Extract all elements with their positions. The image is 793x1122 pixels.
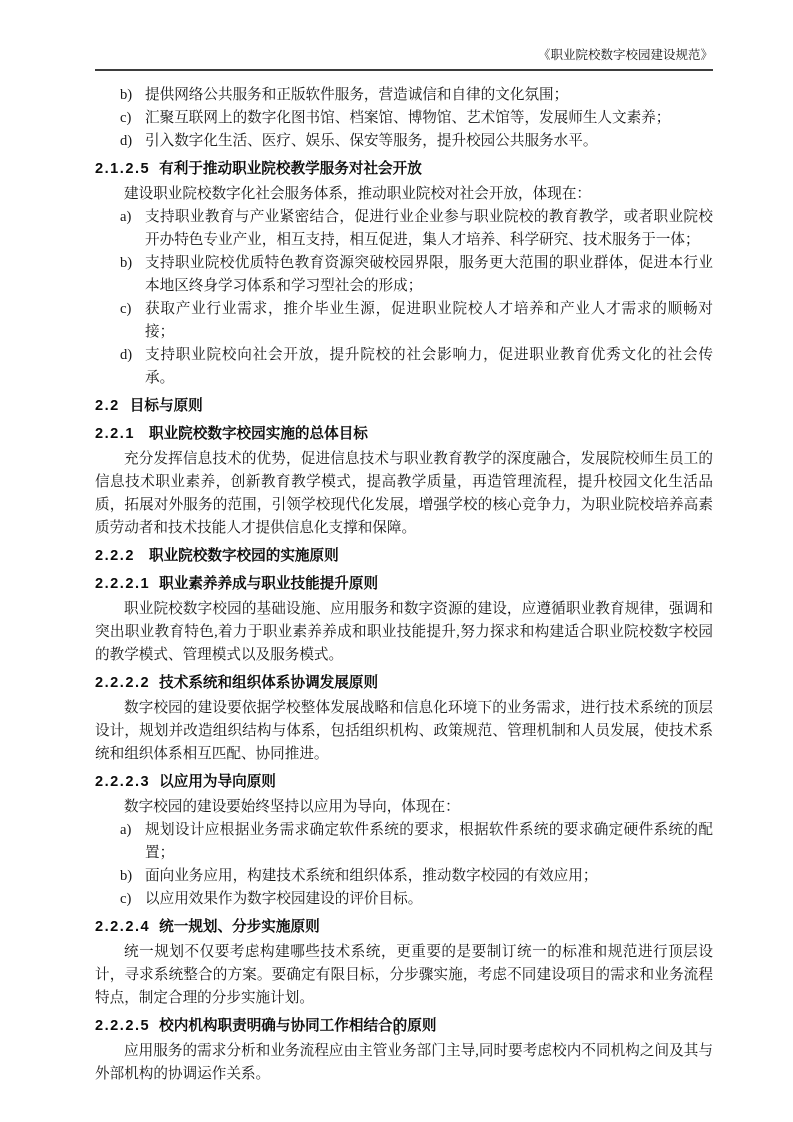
heading-text: 统一规划、分步实施原则 xyxy=(159,919,320,935)
paragraph: 数字校园的建设要始终坚持以应用为导向，体现在： xyxy=(95,796,713,819)
list-item: b)支持职业院校优质特色教育资源突破校园界限，服务更大范围的职业群体，促进本行业… xyxy=(95,252,713,298)
heading-number: 2.2.2.1 xyxy=(95,576,150,592)
paragraph: 数字校园的建设要依据学校整体发展战略和信息化环境下的业务需求，进行技术系统的顶层… xyxy=(95,697,713,766)
section-heading: 2.2.1职业院校数字校园实施的总体目标 xyxy=(95,423,713,446)
lettered-list: a)规划设计应根据业务需求确定软件系统的要求，根据软件系统的要求确定硬件系统的配… xyxy=(95,819,713,911)
heading-number: 2.2.2.3 xyxy=(95,774,150,790)
list-item: c)获取产业行业需求，推介毕业生源，促进职业院校人才培养和产业人才需求的顺畅对接… xyxy=(95,298,713,344)
section-heading: 2.2.2.2技术系统和组织体系协调发展原则 xyxy=(95,672,713,695)
heading-number: 2.1.2.5 xyxy=(95,161,150,177)
list-item: d)支持职业院校向社会开放，提升院校的社会影响力，促进职业教育优秀文化的社会传承… xyxy=(95,344,713,390)
heading-number: 2.2.2.2 xyxy=(95,675,150,691)
section-heading: 2.2.2.1职业素养养成与职业技能提升原则 xyxy=(95,573,713,596)
list-item-text: 获取产业行业需求，推介毕业生源，促进职业院校人才培养和产业人才需求的顺畅对接； xyxy=(145,298,713,344)
list-item: b)提供网络公共服务和正版软件服务，营造诚信和自律的文化氛围； xyxy=(95,84,713,107)
list-item-label: b) xyxy=(120,84,145,107)
list-item: a)支持职业教育与产业紧密结合，促进行业企业参与职业院校的教育教学，或者职业院校… xyxy=(95,206,713,252)
list-item-label: b) xyxy=(120,252,145,298)
list-item-text: 汇聚互联网上的数字化图书馆、档案馆、博物馆、艺术馆等，发展师生人文素养； xyxy=(145,107,713,130)
list-item-label: c) xyxy=(120,888,145,911)
list-item-label: d) xyxy=(120,344,145,390)
section-heading: 2.2.2.4统一规划、分步实施原则 xyxy=(95,916,713,939)
heading-text: 目标与原则 xyxy=(130,398,203,414)
heading-text: 有利于推动职业院校教学服务对社会开放 xyxy=(159,161,422,177)
list-item-text: 引入数字化生活、医疗、娱乐、保安等服务，提升校园公共服务水平。 xyxy=(145,130,713,153)
list-item-text: 规划设计应根据业务需求确定软件系统的要求，根据软件系统的要求确定硬件系统的配置； xyxy=(145,819,713,865)
list-item-text: 支持职业院校向社会开放，提升院校的社会影响力，促进职业教育优秀文化的社会传承。 xyxy=(145,344,713,390)
list-item: b)面向业务应用，构建技术系统和组织体系，推动数字校园的有效应用； xyxy=(95,865,713,888)
heading-text: 职业院校数字校园实施的总体目标 xyxy=(149,426,368,442)
document-page: 《职业院校数字校园建设规范》 b)提供网络公共服务和正版软件服务，营造诚信和自律… xyxy=(0,0,793,1122)
list-item: a)规划设计应根据业务需求确定软件系统的要求，根据软件系统的要求确定硬件系统的配… xyxy=(95,819,713,865)
lettered-list: b)提供网络公共服务和正版软件服务，营造诚信和自律的文化氛围；c)汇聚互联网上的… xyxy=(95,84,713,153)
heading-number: 2.2 xyxy=(95,398,120,414)
list-item-text: 支持职业院校优质特色教育资源突破校园界限，服务更大范围的职业群体，促进本行业本地… xyxy=(145,252,713,298)
list-item-label: c) xyxy=(120,298,145,344)
list-item-text: 提供网络公共服务和正版软件服务，营造诚信和自律的文化氛围； xyxy=(145,84,713,107)
lettered-list: a)支持职业教育与产业紧密结合，促进行业企业参与职业院校的教育教学，或者职业院校… xyxy=(95,206,713,390)
heading-text: 职业院校数字校园的实施原则 xyxy=(149,548,339,564)
list-item-label: a) xyxy=(120,819,145,865)
section-heading: 2.1.2.5有利于推动职业院校教学服务对社会开放 xyxy=(95,158,713,181)
heading-number: 2.2.1 xyxy=(95,426,135,442)
section-heading: 2.2目标与原则 xyxy=(95,395,713,418)
list-item-label: c) xyxy=(120,107,145,130)
list-item: c)以应用效果作为数字校园建设的评价目标。 xyxy=(95,888,713,911)
section-heading: 2.2.2.3以应用为导向原则 xyxy=(95,771,713,794)
list-item: d)引入数字化生活、医疗、娱乐、保安等服务，提升校园公共服务水平。 xyxy=(95,130,713,153)
list-item-label: b) xyxy=(120,865,145,888)
heading-text: 技术系统和组织体系协调发展原则 xyxy=(159,675,378,691)
list-item: c)汇聚互联网上的数字化图书馆、档案馆、博物馆、艺术馆等，发展师生人文素养； xyxy=(95,107,713,130)
list-item-text: 以应用效果作为数字校园建设的评价目标。 xyxy=(145,888,713,911)
list-item-text: 面向业务应用，构建技术系统和组织体系，推动数字校园的有效应用； xyxy=(145,865,713,888)
paragraph: 职业院校数字校园的基础设施、应用服务和数字资源的建设，应遵循职业教育规律，强调和… xyxy=(95,598,713,667)
paragraph: 充分发挥信息技术的优势，促进信息技术与职业教育教学的深度融合，发展院校师生员工的… xyxy=(95,448,713,540)
list-item-label: d) xyxy=(120,130,145,153)
heading-number: 2.2.2 xyxy=(95,548,135,564)
paragraph: 统一规划不仅要考虑构建哪些技术系统，更重要的是要制订统一的标准和规范进行顶层设计… xyxy=(95,941,713,1010)
page-header-title: 《职业院校数字校园建设规范》 xyxy=(95,46,713,71)
document-body: b)提供网络公共服务和正版软件服务，营造诚信和自律的文化氛围；c)汇聚互联网上的… xyxy=(95,71,713,1086)
paragraph: 应用服务的需求分析和业务流程应由主管业务部门主导,同时要考虑校内不同机构之间及其… xyxy=(95,1040,713,1086)
section-heading: 2.2.2职业院校数字校园的实施原则 xyxy=(95,545,713,568)
page-number: 6 xyxy=(0,1023,793,1039)
paragraph: 建设职业院校数字化社会服务体系，推动职业院校对社会开放，体现在： xyxy=(95,183,713,206)
heading-number: 2.2.2.4 xyxy=(95,919,150,935)
list-item-text: 支持职业教育与产业紧密结合，促进行业企业参与职业院校的教育教学，或者职业院校开办… xyxy=(145,206,713,252)
heading-text: 以应用为导向原则 xyxy=(159,774,276,790)
heading-text: 职业素养养成与职业技能提升原则 xyxy=(159,576,378,592)
list-item-label: a) xyxy=(120,206,145,252)
